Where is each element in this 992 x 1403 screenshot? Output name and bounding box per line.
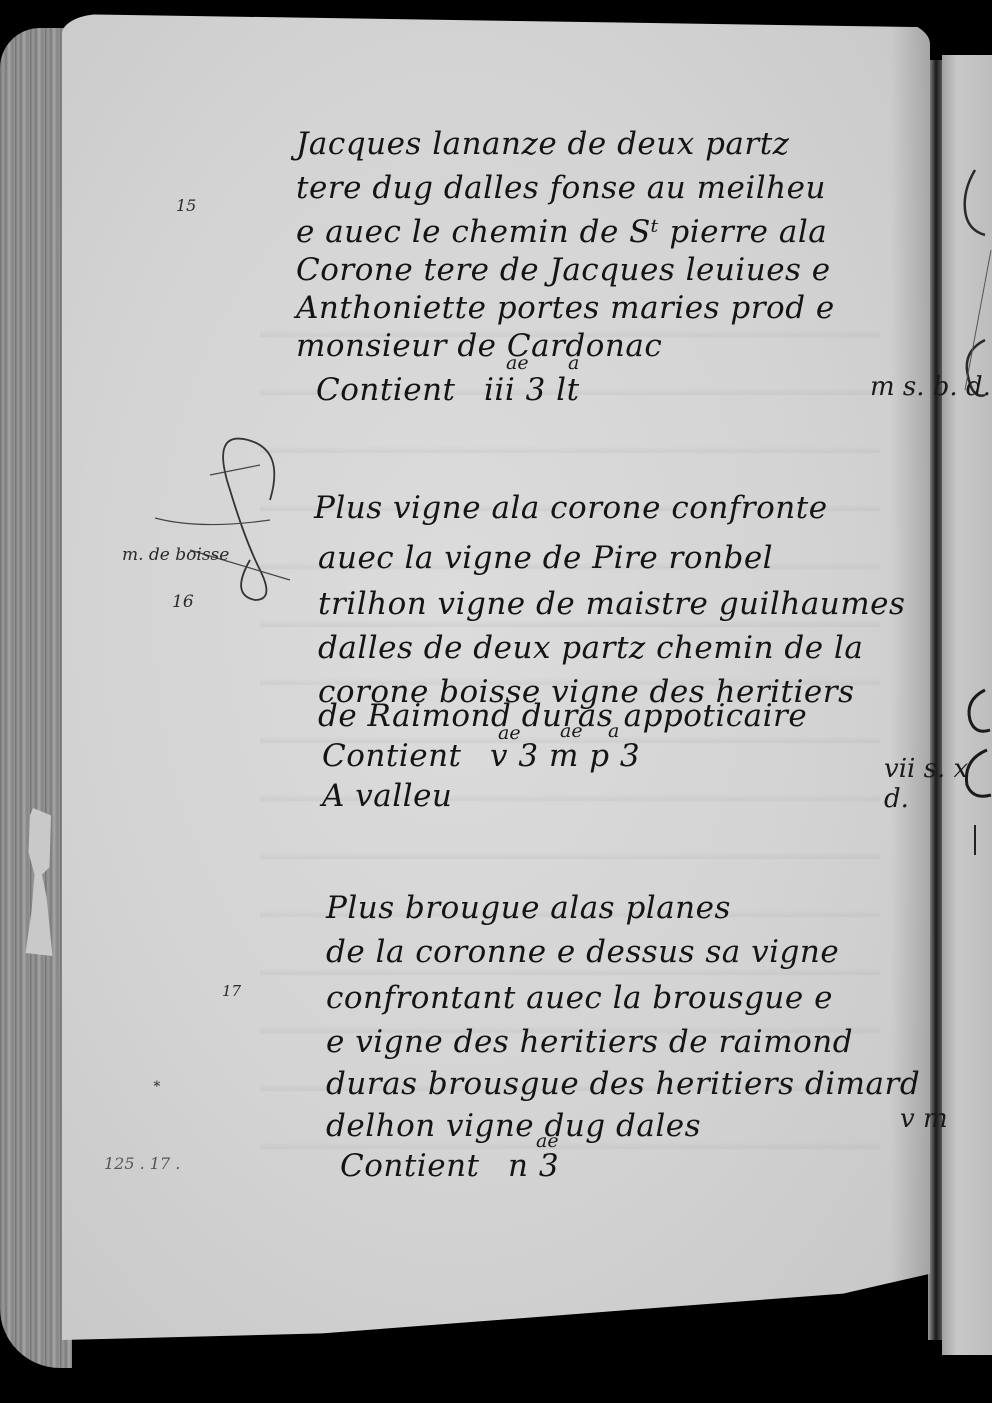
entry-line: de la coronne e dessus sa vigne	[326, 934, 839, 970]
entry-line: Corone tere de Jacques leuiues e	[296, 252, 831, 288]
entry-line: e vigne des heritiers de raimond	[326, 1024, 853, 1060]
stray-mark: ∗	[152, 1076, 162, 1092]
superscript: ae	[560, 720, 583, 742]
entry-line: Anthoniette portes maries prod e	[296, 290, 835, 326]
entry-line: monsieur de Cardonac	[296, 328, 662, 364]
entry-line: tere dug dalles fonse au meilheu	[296, 170, 826, 206]
paragraph-flourish-icon	[140, 430, 300, 610]
entry-line: auec la vigne de Pire ronbel	[318, 540, 773, 576]
superscript: ae	[498, 722, 521, 744]
superscript: a	[608, 720, 619, 742]
entry-number: 17	[222, 982, 241, 1000]
entry-line: trilhon vigne de maistre guilhaumes	[318, 586, 905, 622]
entry-line: A valleu	[322, 778, 452, 814]
entry-number: 16	[172, 592, 194, 612]
contient-label: Contient	[316, 372, 456, 408]
margin-value: vii s. x d.	[884, 754, 992, 814]
footer-note: 125 . 17 .	[104, 1154, 180, 1173]
facing-page-flourish-icon	[945, 140, 992, 480]
entry-line: Jacques lananze de deux partz	[296, 126, 790, 162]
entry-line: e auec le chemin de Sᵗ pierre ala	[296, 214, 827, 250]
margin-value: m s. b. d.	[870, 372, 991, 402]
entry-number: 15	[176, 196, 196, 215]
entry-line: dalles de deux partz chemin de la	[318, 630, 863, 666]
entry-line: confrontant auec la brousgue e	[326, 980, 833, 1016]
entry-line: Plus brougue alas planes	[326, 890, 731, 926]
superscript: a	[568, 352, 579, 374]
superscript: ae	[536, 1130, 559, 1152]
entry-line: delhon vigne dug dales	[326, 1108, 701, 1144]
superscript: ae	[506, 352, 529, 374]
margin-value: v m	[900, 1104, 948, 1134]
margin-name: m. de boisse	[122, 545, 229, 565]
contient-label: Contient	[340, 1148, 480, 1184]
entry-line: Plus vigne ala corone confronte	[314, 490, 828, 526]
entry-line: duras brousgue des heritiers dimard	[326, 1066, 920, 1102]
book-page-edges	[0, 28, 72, 1368]
contient-value: n 3	[508, 1148, 559, 1184]
contient-label: Contient	[322, 738, 462, 774]
contient-value: ⅰⅰⅰ 3 lt	[484, 372, 580, 408]
